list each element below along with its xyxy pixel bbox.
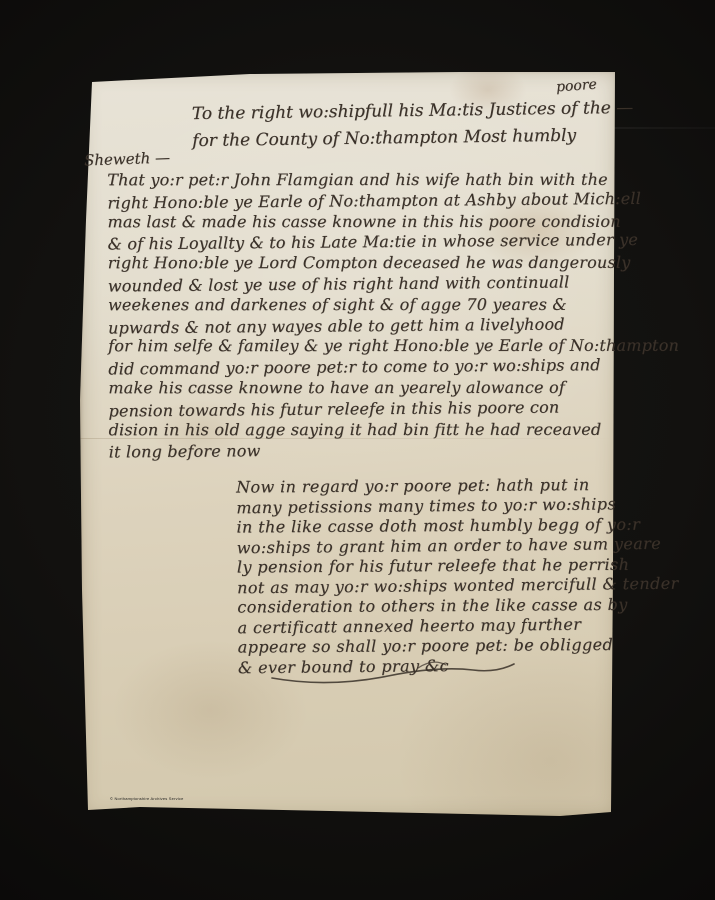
body-line: wounded & lost ye use of his right hand …: [108, 271, 679, 297]
body-line: That yo:r pet:r John Flamgian and his wi…: [107, 170, 678, 191]
margin-word-sheweth: Sheweth —: [84, 149, 171, 170]
body-line: pension towards his futur releefe in thi…: [108, 396, 679, 422]
photo-background: poore To the right wo:shipfull his Ma:ti…: [0, 0, 715, 900]
petition-body: That yo:r pet:r John Flamgian and his wi…: [107, 169, 679, 463]
petition-heading: To the right wo:shipfull his Ma:tis Just…: [192, 95, 634, 155]
archive-credit: © Northamptonshire Archives Service: [110, 796, 184, 801]
body-line: it long before now: [109, 438, 680, 464]
prayer-line: appeare so shall yo:r poore pet: be obli…: [238, 634, 680, 657]
body-line: right Hono:ble ye Earle of No:thampton a…: [107, 188, 678, 214]
body-line: right Hono:ble ye Lord Compton deceased …: [108, 253, 679, 274]
prayer-line: in the like casse doth most humbly begg …: [236, 514, 678, 537]
heading-line-2: for the County of No:thampton Most humbl…: [192, 122, 634, 155]
prayer-line: ly pension for his futur releefe that he…: [237, 554, 679, 577]
prayer-line: consideration to others in the like cass…: [237, 594, 679, 617]
body-line: for him selfe & familey & ye right Hono:…: [108, 336, 679, 357]
body-line: weekenes and darkenes of sight & of agge…: [108, 295, 679, 316]
pen-flourish-icon: [268, 656, 518, 690]
body-line: & of his Loyallty & to his Late Ma:tie i…: [108, 230, 679, 256]
petition-prayer: Now in regard yo:r poore pet: hath put i…: [236, 474, 680, 679]
prayer-line: Now in regard yo:r poore pet: hath put i…: [236, 474, 678, 497]
body-line: did command yo:r poore pet:r to come to …: [108, 355, 679, 381]
docket-note: poore: [555, 77, 597, 96]
manuscript-content: poore To the right wo:shipfull his Ma:ti…: [0, 0, 715, 900]
body-line: make his casse knowne to have an yearely…: [108, 378, 679, 399]
